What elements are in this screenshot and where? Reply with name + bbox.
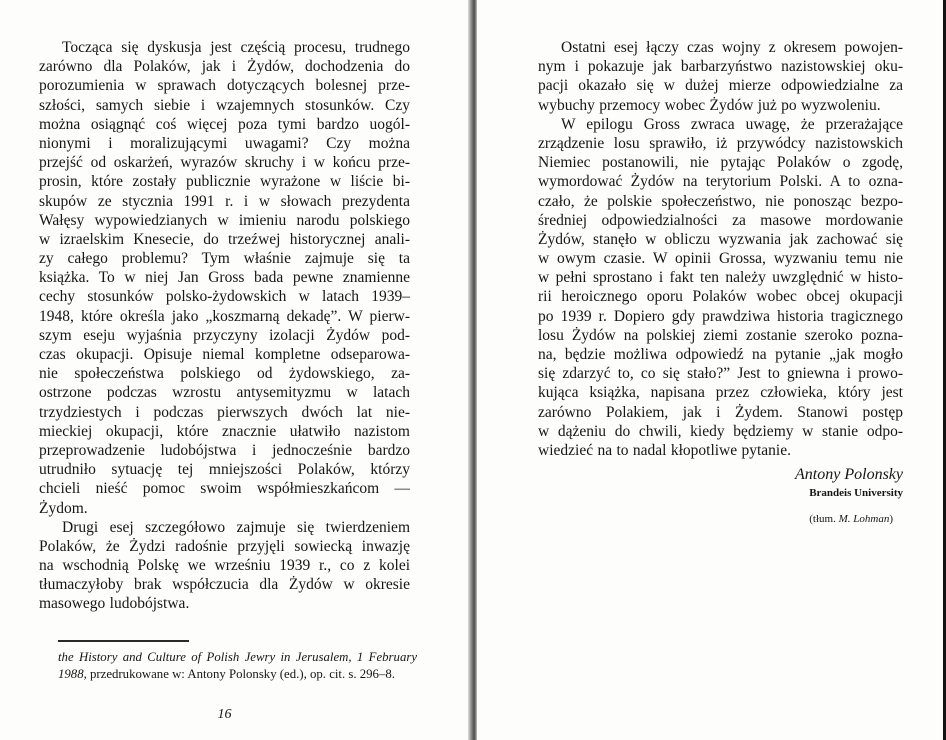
text-line: Tocząca się dyskusja jest częścią proces… (39, 38, 410, 57)
footnote-citation-year: 1988, (58, 667, 87, 681)
text-line: chcieli nieść pomoc swoim współmieszkańc… (39, 479, 410, 498)
text-line: przeprowadzenie ludobójstwa i jednocześn… (39, 441, 410, 460)
footnote: the History and Culture of Polish Jewry … (58, 649, 417, 682)
text-line: szym eseju wyjaśnia przyczyny izolacji Ż… (39, 326, 410, 345)
text-line: skupów ze stycznia 1991 r. i w słowach p… (39, 192, 410, 211)
page-number: 16 (39, 707, 410, 723)
translator-suffix: ) (889, 513, 893, 525)
translator-prefix: (tłum. (809, 513, 838, 525)
text-line: losu Żydów na polskiej ziemi zostanie sz… (538, 326, 903, 345)
text-line: średniej odpowiedzialności za masowe mor… (538, 211, 903, 230)
text-line: masowego ludobójstwa. (39, 594, 410, 613)
translator-name: M. Lohman (839, 513, 890, 525)
paragraph: W epilogu Gross zwraca uwagę, że przeraż… (538, 115, 903, 460)
text-line: w izraelskim Knesecie, do trzeźwej histo… (39, 230, 410, 249)
text-line: nym i pokazuje jak barbarzyństwo nazisto… (538, 57, 903, 76)
text-line: 1948, które określa jako „koszmarną deka… (39, 307, 410, 326)
footnote-separator-rule (58, 640, 189, 642)
right-page-text-column: Ostatni esej łączy czas wojny z okresem … (538, 38, 903, 526)
text-line: czas okupacji. Opisuje niemal kompletne … (39, 345, 410, 364)
paragraph: Ostatni esej łączy czas wojny z okresem … (538, 38, 903, 115)
book-page-spread: Tocząca się dyskusja jest częścią proces… (0, 0, 946, 740)
text-line: w owym czasie. W opinii Grossa, wyzwaniu… (538, 249, 903, 268)
translator-credit: (tłum. M. Lohman) (538, 512, 903, 526)
text-line: porozumienia w sprawach dotyczących bole… (39, 76, 410, 95)
signature-block: Antony Polonsky Brandeis University (tłu… (538, 465, 903, 526)
text-line: zarówno dla Polaków, jak i Żydów, dochod… (39, 57, 410, 76)
text-line: rii heroicznego oporu Polaków wobec obce… (538, 287, 903, 306)
text-line: Żydom. (39, 499, 410, 518)
footnote-citation-rest: przedrukowane w: Antony Polonsky (ed.), … (87, 667, 395, 681)
text-line: utrudniło sytuację tej mniejszości Polak… (39, 460, 410, 479)
text-line: wybuchy przemocy wobec Żydów już po wyzw… (538, 96, 903, 115)
text-line: Wałęsy wypowiedzianych w imieniu narodu … (39, 211, 410, 230)
text-line: na wschodnią Polskę we wrześniu 1939 r.,… (39, 556, 410, 575)
text-line: trzydziestych i podczas pierwszych dwóch… (39, 403, 410, 422)
text-line: nionymi i moralizującymi uwagami? Czy mo… (39, 134, 410, 153)
text-line: czało, że polskie społeczeństwo, nie pon… (538, 192, 903, 211)
text-line: się zdarzyć to, co się stało?” Jest to g… (538, 364, 903, 383)
author-name: Antony Polonsky (538, 465, 903, 485)
text-line: mieckiej okupacji, które znacznie ułatwi… (39, 422, 410, 441)
text-line: po 1939 r. Dopiero gdy prawdziwa histori… (538, 307, 903, 326)
text-line: pacji okazało się w dużej mierze odpowie… (538, 76, 903, 95)
left-page-text-column: Tocząca się dyskusja jest częścią proces… (39, 38, 410, 614)
footnote-line: the History and Culture of Polish Jewry … (58, 649, 417, 666)
text-line: przejść od oskarżeń, wyrazów skruchy i w… (39, 153, 410, 172)
text-line: wiedzieć na to nadal kłopotliwe pytanie. (538, 441, 903, 460)
text-line: Drugi esej szczegółowo zajmuje się twier… (39, 518, 410, 537)
text-line: Ostatni esej łączy czas wojny z okresem … (538, 38, 903, 57)
text-line: na, będzie możliwa odpowiedź na pytanie … (538, 345, 903, 364)
text-line: zy całego problemu? Tym właśnie zajmuje … (39, 249, 410, 268)
book-binding-gutter (468, 0, 477, 740)
text-line: książka. To w niej Jan Gross bada pewne … (39, 268, 410, 287)
text-line: nie społeczeństwa polskiego od żydowskie… (39, 364, 410, 383)
text-line: tłumaczyłoby brak współczucia dla Żydów … (39, 575, 410, 594)
text-line: W epilogu Gross zwraca uwagę, że przeraż… (538, 115, 903, 134)
right-page-paragraphs: Ostatni esej łączy czas wojny z okresem … (538, 38, 903, 460)
text-line: cechy stosunków polsko-żydowskich w lata… (39, 287, 410, 306)
text-line: kująca książka, napisana przez człowieka… (538, 383, 903, 402)
text-line: szłości, samych siebie i wzajemnych stos… (39, 96, 410, 115)
text-line: Polaków, że Żydzi radośnie przyjęli sowi… (39, 537, 410, 556)
footnote-line: 1988, przedrukowane w: Antony Polonsky (… (58, 666, 417, 683)
paragraph: Tocząca się dyskusja jest częścią proces… (39, 38, 410, 518)
author-affiliation: Brandeis University (538, 486, 903, 500)
text-line: w dążeniu do chwili, kiedy będziemy w st… (538, 422, 903, 441)
text-line: Niemiec postanowili, nie pytając Polaków… (538, 153, 903, 172)
text-line: można osiągnąć coś więcej poza tymi bard… (39, 115, 410, 134)
text-line: wymordować Żydów na terytorium Polski. A… (538, 172, 903, 191)
text-line: w pełni sprostano i fakt ten należy uwzg… (538, 268, 903, 287)
footnote-citation-title: the History and Culture of Polish Jewry … (58, 650, 417, 664)
text-line: Żydów, stanęło w obliczu wyzwania jak za… (538, 230, 903, 249)
text-line: zrządzenie losu sprawiło, iż przywódcy n… (538, 134, 903, 153)
text-line: prosin, które zostały publicznie wyrażon… (39, 172, 410, 191)
paragraph: Drugi esej szczegółowo zajmuje się twier… (39, 518, 410, 614)
text-line: zarówno Polakiem, jak i Żydem. Stanowi p… (538, 403, 903, 422)
text-line: ostrzone podczas wzrostu antysemityzmu w… (39, 383, 410, 402)
